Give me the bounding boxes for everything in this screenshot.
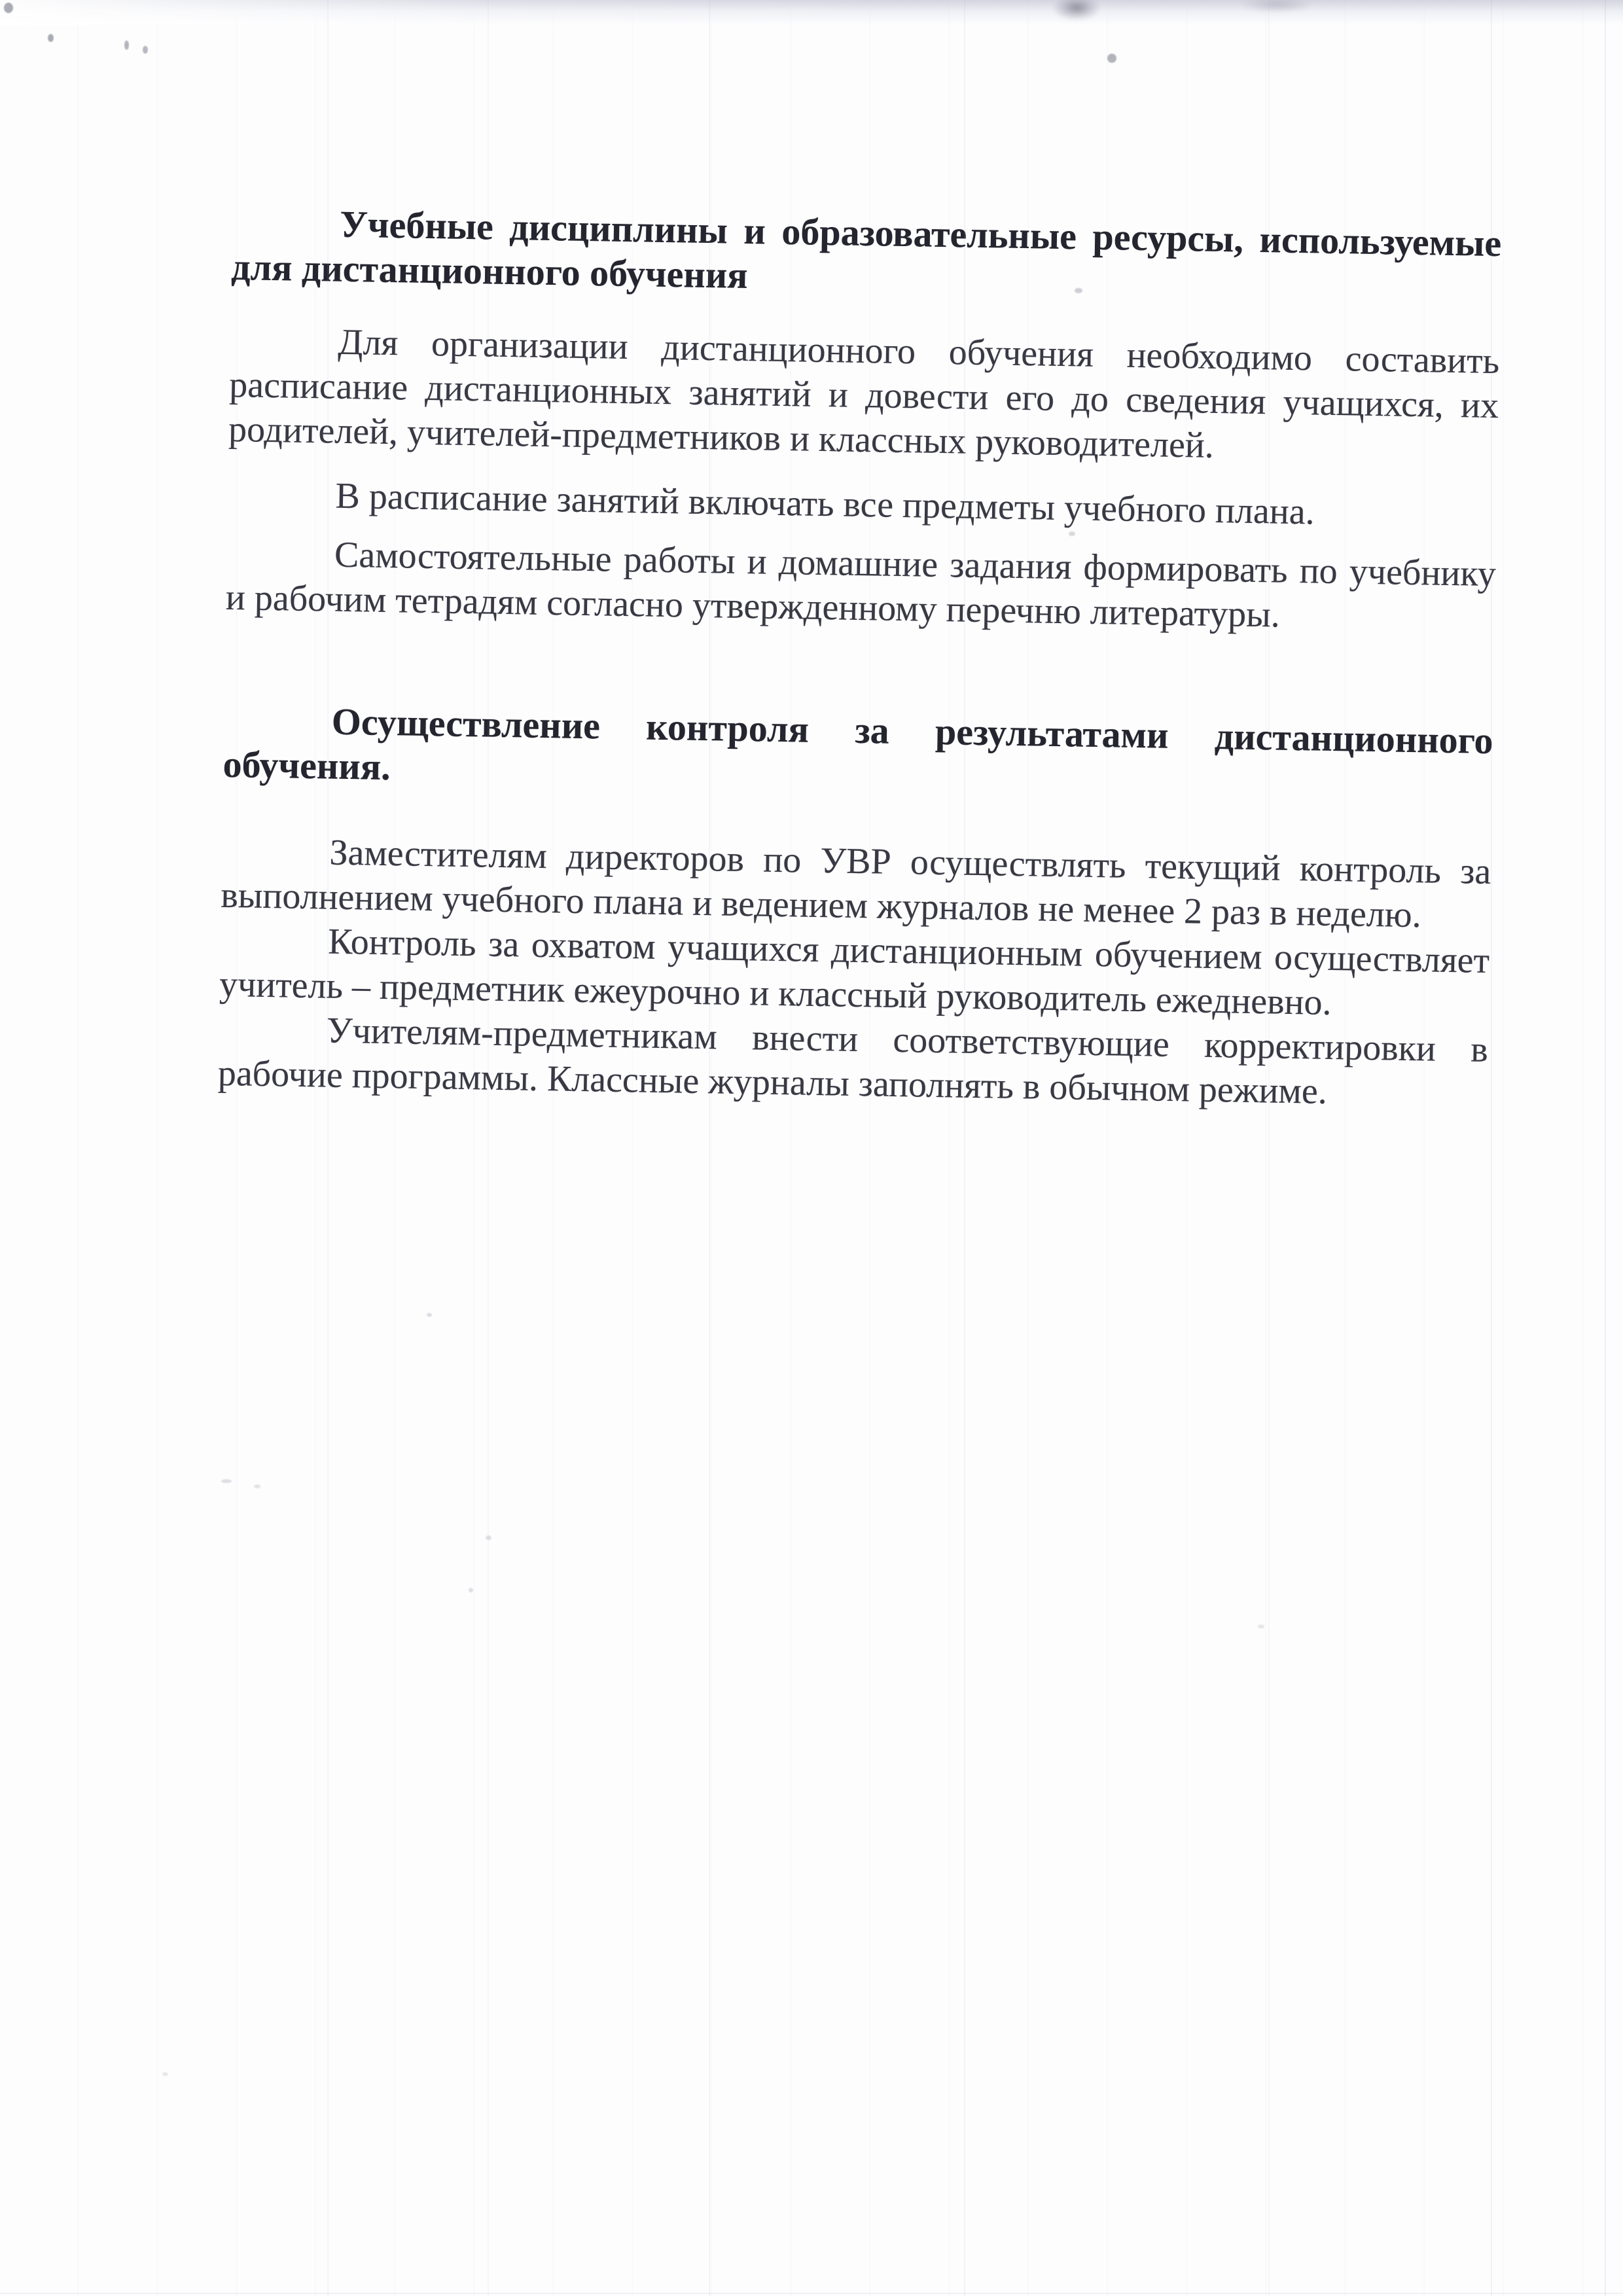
scan-speck bbox=[221, 1479, 232, 1483]
heading-block: Осуществление контроля за результатами д… bbox=[223, 698, 1493, 808]
scan-streak bbox=[964, 0, 965, 2296]
text-content: Учебные дисциплины и образовательные рес… bbox=[217, 200, 1501, 1117]
scan-speck bbox=[469, 1588, 473, 1592]
paragraph-block: В расписание занятий включать все предме… bbox=[227, 472, 1497, 537]
scan-speck bbox=[486, 1535, 491, 1540]
scan-speck bbox=[48, 34, 54, 42]
scan-streak bbox=[327, 0, 329, 2296]
heading-block: Учебные дисциплины и образовательные рес… bbox=[231, 200, 1502, 310]
scan-streak bbox=[709, 0, 710, 2296]
bottom-scan-line bbox=[0, 2293, 1623, 2294]
scan-speck bbox=[124, 41, 129, 50]
scanned-page: Учебные дисциплины и образовательные рес… bbox=[0, 0, 1623, 2296]
scan-speck bbox=[427, 1313, 432, 1317]
scan-speck bbox=[1069, 531, 1075, 536]
scan-speck bbox=[1258, 1624, 1264, 1628]
scan-streak bbox=[1268, 0, 1270, 2296]
scan-speck bbox=[4, 3, 13, 13]
paragraph-block: Для организации дистанционного обучения … bbox=[228, 318, 1500, 473]
scan-speck bbox=[254, 1484, 260, 1488]
scan-speck bbox=[1107, 54, 1116, 63]
text-line: В расписание занятий включать все предме… bbox=[227, 472, 1497, 537]
paragraph-block: Самостоятельные работы и домашние задани… bbox=[225, 531, 1496, 641]
top-scan-band bbox=[0, 0, 1623, 25]
scan-streak bbox=[1605, 0, 1606, 2296]
scan-speck bbox=[143, 46, 148, 54]
scan-speck bbox=[1075, 288, 1082, 293]
scan-speck bbox=[162, 2072, 168, 2076]
scan-streak bbox=[488, 0, 489, 2296]
scan-streak bbox=[1491, 0, 1492, 2296]
